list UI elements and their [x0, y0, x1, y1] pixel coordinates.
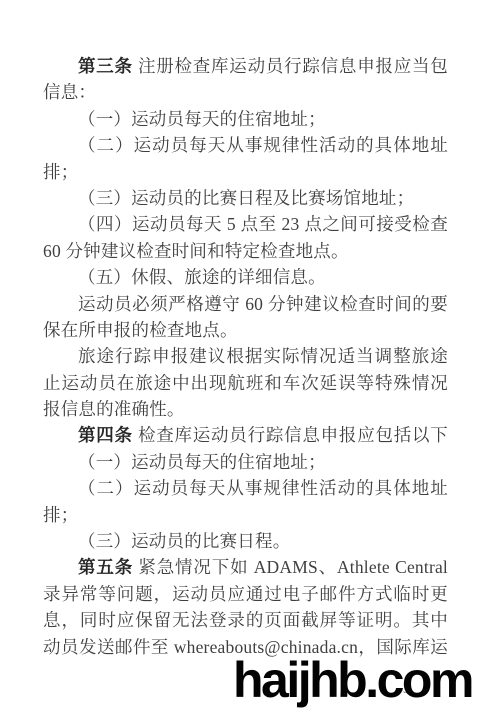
article-number: 第四条 — [78, 425, 133, 445]
text-segment: 排； — [43, 162, 78, 182]
text-line: 排； — [43, 502, 448, 528]
text-segment: （一）运动员每天的住宿地址； — [78, 109, 326, 129]
text-line: 第三条 注册检查库运动员行踪信息申报应当包括以下 — [43, 53, 448, 79]
text-segment: 录异常等问题，运动员应通过电子邮件方式临时更新行踪信 — [43, 584, 448, 607]
text-line: （五）休假、旅途的详细信息。 — [43, 264, 448, 290]
document-body: 第三条 注册检查库运动员行踪信息申报应当包括以下信息：（一）运动员每天的住宿地址… — [43, 53, 448, 660]
text-segment: （二）运动员每天从事规律性活动的具体地址和时间安 — [43, 135, 448, 158]
text-segment: 排； — [43, 505, 78, 525]
text-line: 息，同时应保留无法登录的页面截屏等证明。其中国内库运 — [43, 607, 448, 633]
text-line: 报信息的准确性。 — [43, 396, 448, 422]
text-line: （二）运动员每天从事规律性活动的具体地址和时间安 — [43, 132, 448, 158]
text-segment: 止运动员在旅途中出现航班和车次延误等特殊情况影响申 — [43, 373, 448, 396]
text-segment: 保在所申报的检查地点。 — [43, 320, 238, 340]
text-segment: （三）运动员的比赛日程及比赛场馆地址； — [78, 188, 414, 208]
text-segment: （一）运动员每天的住宿地址； — [78, 452, 326, 472]
text-segment: 运动员必须严格遵守 60 分钟建议检查时间的要求，确 — [43, 294, 448, 317]
text-line: 第五条 紧急情况下如 ADAMS、Athlete Central 出现登 — [43, 554, 448, 580]
text-line: （一）运动员每天的住宿地址； — [43, 106, 448, 132]
text-line: 运动员必须严格遵守 60 分钟建议检查时间的要求，确 — [43, 291, 448, 317]
text-line: 第四条 检查库运动员行踪信息申报应包括以下信息： — [43, 422, 448, 448]
text-line: 信息： — [43, 79, 448, 105]
article-number: 第五条 — [78, 557, 133, 577]
text-segment: 信息： — [43, 82, 96, 102]
text-line: （二）运动员每天从事规律性活动的具体地址和时间安 — [43, 475, 448, 501]
text-line: 保在所申报的检查地点。 — [43, 317, 448, 343]
text-segment: 息，同时应保留无法登录的页面截屏等证明。其中国内库运 — [43, 610, 448, 633]
article-number: 第三条 — [78, 56, 133, 76]
text-segment: 报信息的准确性。 — [43, 399, 185, 419]
watermark-text: haijhb.com — [233, 651, 472, 709]
text-line: （一）运动员每天的住宿地址； — [43, 449, 448, 475]
text-line: （三）运动员的比赛日程及比赛场馆地址； — [43, 185, 448, 211]
text-line: （三）运动员的比赛日程。 — [43, 528, 448, 554]
text-line: （四）运动员每天 5 点至 23 点之间可接受检查的任意 — [43, 211, 448, 237]
text-line: 旅途行踪申报建议根据实际情况适当调整旅途时间，防 — [43, 343, 448, 369]
document-page: 第三条 注册检查库运动员行踪信息申报应当包括以下信息：（一）运动员每天的住宿地址… — [0, 0, 491, 724]
text-line: 排； — [43, 159, 448, 185]
text-segment: （四）运动员每天 5 点至 23 点之间可接受检查的任意 — [43, 214, 448, 237]
text-segment: （三）运动员的比赛日程。 — [78, 531, 290, 551]
text-segment: 60 分钟建议检查时间和特定检查地点。 — [43, 241, 349, 261]
text-segment: （二）运动员每天从事规律性活动的具体地址和时间安 — [43, 478, 448, 501]
text-line: 录异常等问题，运动员应通过电子邮件方式临时更新行踪信 — [43, 581, 448, 607]
text-segment: （五）休假、旅途的详细信息。 — [78, 267, 326, 287]
text-segment: 旅途行踪申报建议根据实际情况适当调整旅途时间，防 — [43, 346, 448, 369]
text-line: 止运动员在旅途中出现航班和车次延误等特殊情况影响申 — [43, 370, 448, 396]
text-line: 60 分钟建议检查时间和特定检查地点。 — [43, 238, 448, 264]
